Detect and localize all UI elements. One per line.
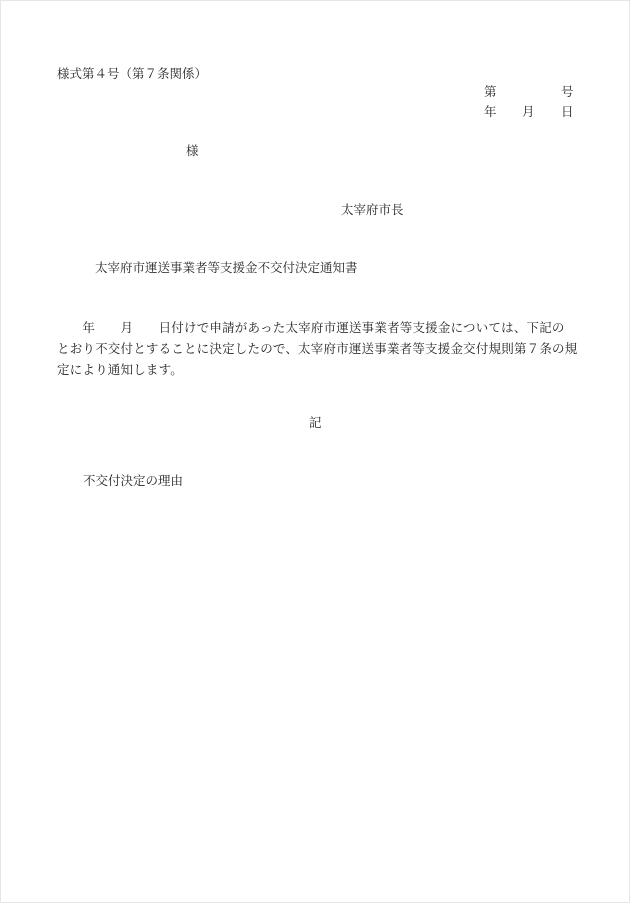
body-line-3: 定により通知します。 <box>57 359 575 380</box>
date-day: 日 <box>561 104 574 120</box>
body-line-1: 年 月 日付けで申請があった太宰府市運送事業者等支援金については、下記の <box>57 317 575 338</box>
document-title: 太宰府市運送事業者等支援金不交付決定通知書 <box>95 260 358 276</box>
body-paragraph: 年 月 日付けで申請があった太宰府市運送事業者等支援金については、下記の とおり… <box>57 317 575 380</box>
number-prefix: 第 <box>484 84 497 100</box>
ki-heading: 記 <box>309 415 322 431</box>
sender: 太宰府市長 <box>341 202 404 218</box>
date-month: 月 <box>522 104 535 120</box>
page <box>0 0 630 903</box>
reason-label: 不交付決定の理由 <box>83 473 183 489</box>
form-number: 様式第４号（第７条関係） <box>57 66 207 82</box>
addressee-suffix: 様 <box>186 143 199 159</box>
date-year: 年 <box>484 104 497 120</box>
number-suffix: 号 <box>561 84 574 100</box>
body-line-2: とおり不交付とすることに決定したので、太宰府市運送事業者等支援金交付規則第７条の… <box>57 338 575 359</box>
